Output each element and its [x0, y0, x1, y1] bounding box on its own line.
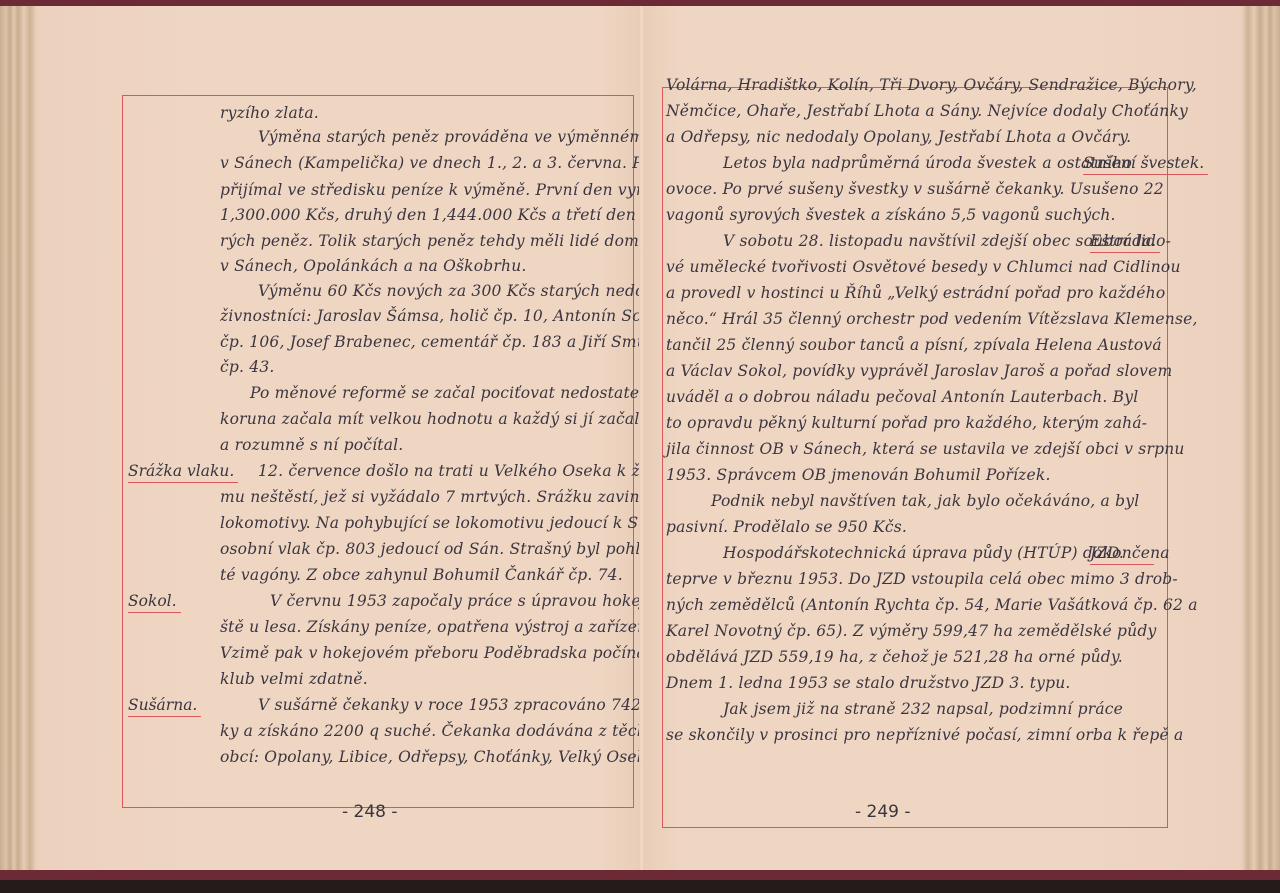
margin-note-srazka-vlaku: Srážka vlaku.	[128, 462, 238, 483]
text-line: ných zemědělců (Antonín Rychta čp. 54, M…	[666, 596, 1198, 614]
text-line: teprve v březnu 1953. Do JZD vstoupila c…	[666, 570, 1178, 588]
margin-note-sokol: Sokol.	[128, 592, 181, 613]
margin-note-susarna: Sušárna.	[128, 696, 201, 717]
text-line: klub velmi zdatně.	[220, 670, 368, 688]
text-line: v Sánech, Opolánkách a na Oškobrhu.	[220, 257, 527, 275]
text-line: vagonů syrových švestek a získáno 5,5 va…	[666, 206, 1116, 224]
text-line: Dnem 1. ledna 1953 se stalo družstvo JZD…	[666, 674, 1071, 692]
left-page: ryzího zlata. Výměna starých peněz prová…	[0, 6, 641, 870]
text-line: ky a získáno 2200 q suché. Čekanka dodáv…	[220, 722, 663, 740]
text-line: 1953. Správcem OB jmenován Bohumil Poříz…	[666, 466, 1051, 484]
text-line: a provedl v hostinci u Říhů „Velký estrá…	[666, 284, 1165, 302]
text-line: ovoce. Po prvé sušeny švestky v sušárně …	[666, 180, 1164, 198]
text-line: uváděl a o dobrou náladu pečoval Antonín…	[666, 388, 1138, 406]
text-line: čp. 43.	[220, 358, 275, 376]
text-line: té vagóny. Z obce zahynul Bohumil Čankář…	[220, 566, 623, 584]
text-line: jila činnost OB v Sánech, která se ustav…	[666, 440, 1185, 458]
text-line: obdělává JZD 559,19 ha, z čehož je 521,2…	[666, 648, 1123, 666]
text-line: Karel Novotný čp. 65). Z výměry 599,47 h…	[666, 622, 1156, 640]
text-line: se skončily v prosinci pro nepříznivé po…	[666, 726, 1183, 744]
text-line: koruna začala mít velkou hodnotu a každý…	[220, 410, 683, 428]
text-line: Letos byla nadprůměrná úroda švestek a o…	[723, 154, 1132, 172]
text-line: Volárna, Hradištko, Kolín, Tři Dvory, Ov…	[666, 76, 1197, 94]
margin-note-estrada: Estráda.	[1090, 232, 1160, 253]
text-line: přijímal ve středisku peníze k výměně. P…	[220, 181, 699, 199]
text-line: Němčice, Ohaře, Jestřabí Lhota a Sány. N…	[666, 102, 1188, 120]
text-line: něco.“ Hrál 35 členný orchestr pod veden…	[666, 310, 1198, 328]
text-line: Podnik nebyl navštíven tak, jak bylo oče…	[711, 492, 1139, 510]
text-line: a rozumně s ní počítal.	[220, 436, 403, 454]
margin-note-suseni-svestek: Sušení švestek.	[1083, 154, 1208, 175]
text-line: vé umělecké tvořivosti Osvětové besedy v…	[666, 258, 1181, 276]
text-line: a Odřepsy, nic nedodaly Opolany, Jestřab…	[666, 128, 1131, 146]
margin-note-jzd: JZD.	[1090, 544, 1154, 565]
right-page: Volárna, Hradištko, Kolín, Tři Dvory, Ov…	[643, 6, 1280, 870]
page-number-248: - 248 -	[342, 802, 398, 822]
text-line: ryzího zlata.	[220, 104, 319, 122]
text-line: a Václav Sokol, povídky vyprávěl Jarosla…	[666, 362, 1172, 380]
text-line: pasivní. Prodělalo se 950 Kčs.	[666, 518, 907, 536]
page-number-249: - 249 -	[855, 802, 911, 822]
text-line: to opravdu pěkný kulturní pořad pro každ…	[666, 414, 1147, 432]
text-line: Jak jsem již na straně 232 napsal, podzi…	[723, 700, 1123, 718]
text-line: tančil 25 členný soubor tanců a písní, z…	[666, 336, 1162, 354]
